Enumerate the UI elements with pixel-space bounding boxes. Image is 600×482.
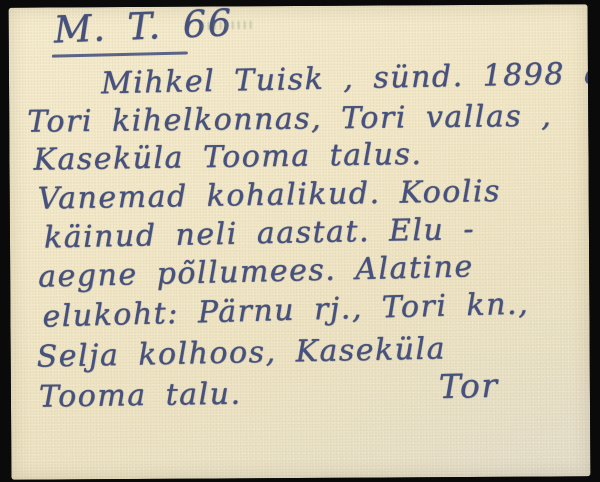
handwritten-line-1: Mihkel Tuisk , sünd. 1898 a.	[101, 55, 591, 103]
handwritten-line-2: Tori kihelkonnas, Tori vallas ,	[27, 98, 552, 142]
photo-background: M. T. 66 Mihkel Tuisk , sünd. 1898 a. To…	[0, 0, 600, 482]
handwritten-line-8: Selja kolhoos, Kaseküla	[36, 330, 446, 376]
faint-stamp-mark	[202, 21, 256, 30]
handwritten-line-3: Kaseküla Tooma talus.	[33, 136, 422, 180]
handwritten-line-9: Tooma talu.	[39, 376, 242, 417]
corner-note: Tor	[438, 367, 498, 406]
index-card: M. T. 66 Mihkel Tuisk , sünd. 1898 a. To…	[9, 4, 591, 480]
